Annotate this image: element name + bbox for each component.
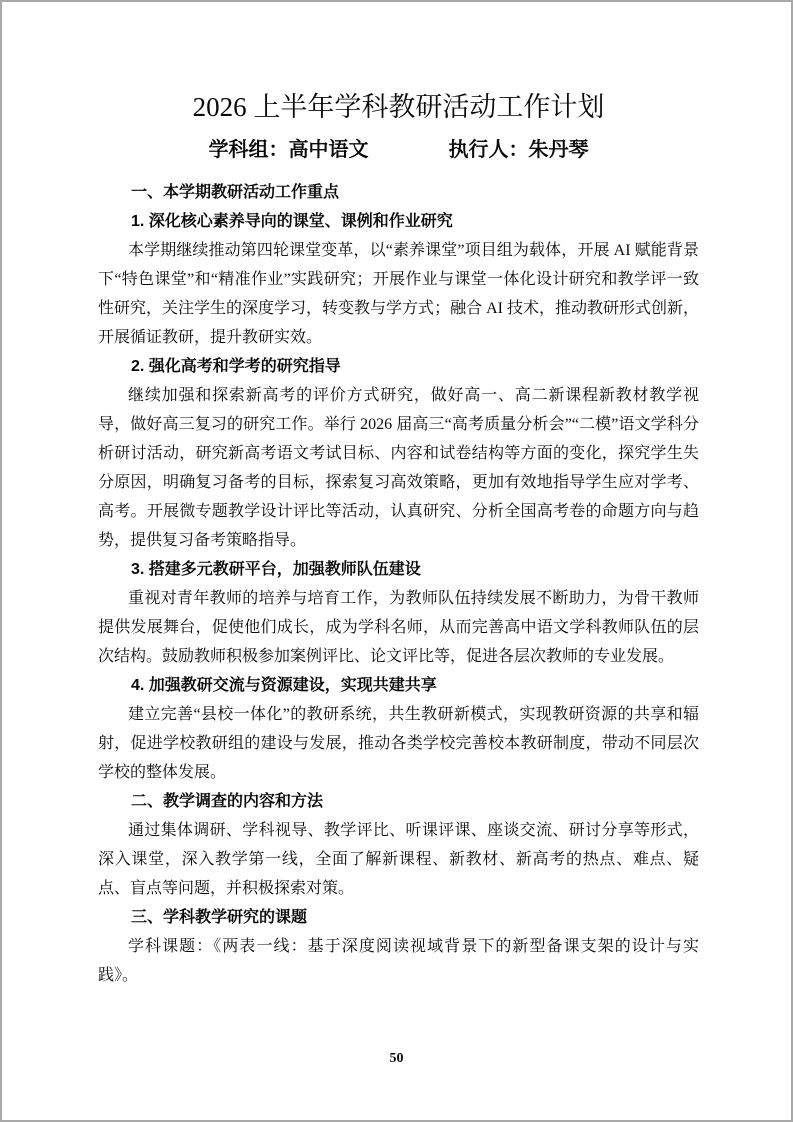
document-page: 2026 上半年学科教研活动工作计划 学科组：高中语文执行人：朱丹琴 一、本学期… bbox=[0, 0, 793, 1122]
major-heading: 一、本学期教研活动工作重点 bbox=[98, 178, 699, 207]
body-paragraph: 学科课题：《两表一线：基于深度阅读视域背景下的新型备课支架的设计与实践》。 bbox=[98, 932, 699, 990]
sub-heading: 4. 加强教研交流与资源建设，实现共建共享 bbox=[98, 671, 699, 700]
sub-heading: 2. 强化高考和学考的研究指导 bbox=[98, 352, 699, 381]
major-heading: 二、教学调查的内容和方法 bbox=[98, 787, 699, 816]
sub-heading: 3. 搭建多元教研平台，加强教师队伍建设 bbox=[98, 555, 699, 584]
page-number: 50 bbox=[2, 1052, 791, 1066]
major-heading: 三、学科教学研究的课题 bbox=[98, 903, 699, 932]
document-meta-line: 学科组：高中语文执行人：朱丹琴 bbox=[98, 128, 699, 172]
body-paragraph: 本学期继续推动第四轮课堂变革，以“素养课堂”项目组为载体，开展 AI 赋能背景下… bbox=[98, 236, 699, 352]
subject-group-label: 学科组：高中语文 bbox=[209, 139, 369, 161]
body-paragraph: 通过集体调研、学科视导、教学评比、听课评课、座谈交流、研讨分享等形式，深入课堂，… bbox=[98, 816, 699, 903]
page-title: 2026 上半年学科教研活动工作计划 bbox=[98, 86, 699, 128]
body-paragraph: 重视对青年教师的培养与培育工作，为教师队伍持续发展不断助力，为骨干教师提供发展舞… bbox=[98, 584, 699, 671]
executor-label: 执行人：朱丹琴 bbox=[449, 139, 589, 161]
document-content: 2026 上半年学科教研活动工作计划 学科组：高中语文执行人：朱丹琴 一、本学期… bbox=[98, 86, 699, 990]
body-paragraph: 继续加强和探索新高考的评价方式研究，做好高一、高二新课程新教材教学视导，做好高三… bbox=[98, 381, 699, 555]
document-body: 一、本学期教研活动工作重点1. 深化核心素养导向的课堂、课例和作业研究本学期继续… bbox=[98, 178, 699, 990]
sub-heading: 1. 深化核心素养导向的课堂、课例和作业研究 bbox=[98, 207, 699, 236]
body-paragraph: 建立完善“县校一体化”的教研系统，共生教研新模式，实现教研资源的共享和辐射，促进… bbox=[98, 700, 699, 787]
